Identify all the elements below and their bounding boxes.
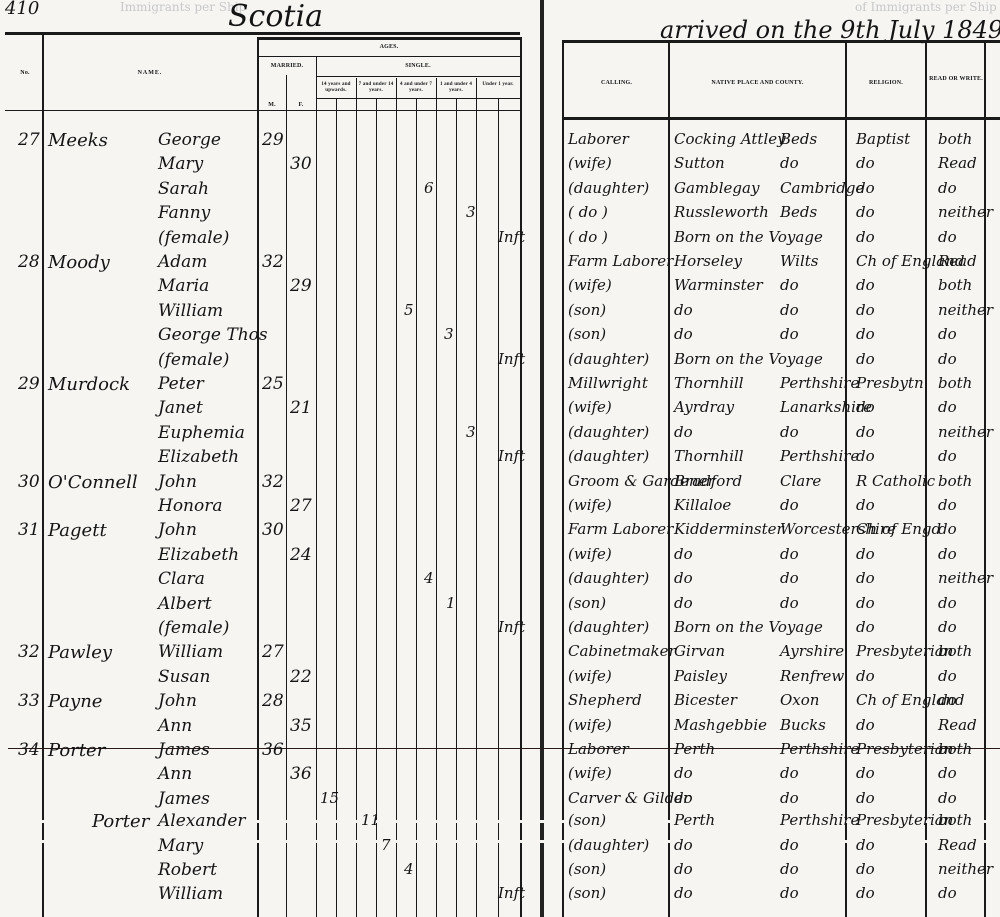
cell-religion: do xyxy=(856,449,875,464)
cell-county: Cambridge xyxy=(780,181,864,196)
cell-read-write: do xyxy=(938,669,957,684)
cell-given: Albert xyxy=(158,596,212,613)
cell-place: Horseley xyxy=(674,254,742,269)
cell-place: do xyxy=(674,547,693,562)
cell-read-write: do xyxy=(938,547,957,562)
cell-county: do xyxy=(780,791,799,806)
cell-no: 33 xyxy=(18,693,40,710)
cell-married-f: 29 xyxy=(290,278,312,295)
married-single-rule xyxy=(316,56,317,917)
cell-place: Paisley xyxy=(674,669,727,684)
cell-given: John xyxy=(158,474,197,491)
cell-given: Adam xyxy=(158,254,207,271)
header-name: NAME. xyxy=(110,70,190,77)
cell-county: Renfrew xyxy=(780,669,844,684)
cell-place: do xyxy=(674,766,693,781)
cell-read-write: neither xyxy=(938,571,993,586)
cell-county: Perthshire xyxy=(780,449,859,464)
cell-place: do xyxy=(674,425,693,440)
cell-calling: (daughter) xyxy=(568,449,649,464)
cell-surname: Moody xyxy=(48,254,110,272)
cell-religion: Ch of Engd xyxy=(856,522,941,537)
cell-religion: R Catholic xyxy=(856,474,935,489)
cell-county: Beds xyxy=(780,205,817,220)
cell-given: Mary xyxy=(158,838,203,855)
cell-married-f: 27 xyxy=(290,498,312,515)
cell-religion: do xyxy=(856,205,875,220)
cell-calling: Cabinetmaker xyxy=(568,644,676,659)
col-rule xyxy=(376,98,377,917)
cell-county: do xyxy=(780,571,799,586)
cell-married-f: 30 xyxy=(290,156,312,173)
row-rule xyxy=(258,56,520,57)
cell-calling: (daughter) xyxy=(568,181,649,196)
cell-surname: Murdock xyxy=(48,376,130,394)
cell-place: Born on the Voyage xyxy=(674,230,823,245)
cell-calling: (wife) xyxy=(568,669,612,684)
cell-read-write: do xyxy=(938,596,957,611)
header-native-place: NATIVE PLACE AND COUNTY. xyxy=(670,80,845,87)
cell-read-write: both xyxy=(938,742,972,757)
cell-married-m: 29 xyxy=(262,132,284,149)
cell-county: do xyxy=(780,547,799,562)
cell-given: (female) xyxy=(158,352,229,369)
cell-calling: Laborer xyxy=(568,742,629,757)
cell-religion: do xyxy=(856,498,875,513)
cell-given: George Thos xyxy=(158,327,268,344)
cell-place: Girvan xyxy=(674,644,725,659)
cell-place: Bicester xyxy=(674,693,737,708)
cell-religion: do xyxy=(856,303,875,318)
cell-place: Thornhill xyxy=(674,376,744,391)
header-age-group: 1 and under 4 years. xyxy=(436,82,476,94)
cell-calling: (wife) xyxy=(568,156,612,171)
cell-religion: do xyxy=(856,156,875,171)
cell-county: do xyxy=(780,862,799,877)
cell-given: James xyxy=(158,791,210,808)
cell-read-write: both xyxy=(938,813,972,828)
cell-place: Sutton xyxy=(674,156,725,171)
cell-place: Mashgebbie xyxy=(674,718,767,733)
cell-read-write: do xyxy=(938,693,957,708)
right-top-rule xyxy=(562,40,1000,43)
cell-county: do xyxy=(780,766,799,781)
cell-read-write: do xyxy=(938,327,957,342)
cell-religion: do xyxy=(856,425,875,440)
cell-calling: (daughter) xyxy=(568,838,649,853)
cell-place: do xyxy=(674,862,693,877)
cell-religion: do xyxy=(856,230,875,245)
header-age-group: 4 and under 7 years. xyxy=(396,82,436,94)
cell-calling: (son) xyxy=(568,596,606,611)
cell-religion: do xyxy=(856,862,875,877)
cell-given: Elizabeth xyxy=(158,547,239,564)
col-rule xyxy=(456,98,457,917)
cell-calling: Shepherd xyxy=(568,693,642,708)
cell-county: Ayrshire xyxy=(780,644,844,659)
header-religion: RELIGION. xyxy=(847,80,925,87)
cell-place: Warminster xyxy=(674,278,763,293)
cell-county: do xyxy=(780,498,799,513)
cell-surname: Meeks xyxy=(48,132,108,150)
col-rule xyxy=(396,78,397,917)
cell-read-write: do xyxy=(938,886,957,901)
cell-single: 4 xyxy=(424,571,434,586)
ages-top-rule xyxy=(258,37,520,40)
cell-given: Clara xyxy=(158,571,205,588)
cell-place: Ayrdray xyxy=(674,400,734,415)
cell-given: Ann xyxy=(158,766,192,783)
cell-married-f: 22 xyxy=(290,669,312,686)
cell-read-write: neither xyxy=(938,303,993,318)
header-married: MARRIED. xyxy=(258,63,316,70)
cell-married-f: 21 xyxy=(290,400,312,417)
header-single: SINGLE. xyxy=(316,63,520,70)
col-rule xyxy=(476,78,477,917)
cell-religion: do xyxy=(856,181,875,196)
cell-single: 11 xyxy=(361,813,380,828)
cell-place: do xyxy=(674,596,693,611)
cell-married-m: 36 xyxy=(262,742,284,759)
cell-calling: (daughter) xyxy=(568,620,649,635)
cell-county: do xyxy=(780,886,799,901)
cell-no: 30 xyxy=(18,474,40,491)
cell-single: Inft xyxy=(498,230,525,245)
cell-read-write: Read xyxy=(938,718,977,733)
scan-gap xyxy=(0,840,1000,843)
cell-surname: Porter xyxy=(48,742,105,760)
cell-married-m: 30 xyxy=(262,522,284,539)
cell-surname: Pagett xyxy=(48,522,107,540)
cell-calling: (son) xyxy=(568,327,606,342)
cell-religion: do xyxy=(856,571,875,586)
cell-place: Born on the Voyage xyxy=(674,620,823,635)
cell-given: John xyxy=(158,522,197,539)
cell-surname: Porter xyxy=(92,813,149,831)
header-married-m: M. xyxy=(258,102,286,109)
cell-calling: (son) xyxy=(568,862,606,877)
cell-given: Maria xyxy=(158,278,209,295)
cell-place: Perth xyxy=(674,742,715,757)
left-top-rule xyxy=(5,32,520,35)
cell-given: James xyxy=(158,742,210,759)
cell-calling: (wife) xyxy=(568,498,612,513)
cell-read-write: both xyxy=(938,376,972,391)
header-read-write: READ OR WRITE. xyxy=(928,76,984,83)
cell-surname: Pawley xyxy=(48,644,112,662)
cell-single: 1 xyxy=(446,596,456,611)
cell-given: Ann xyxy=(158,718,192,735)
cell-place: Born on the Voyage xyxy=(674,352,823,367)
married-mf-rule xyxy=(286,75,287,917)
cell-given: Janet xyxy=(158,400,203,417)
cell-single: 3 xyxy=(444,327,454,342)
header-ages: AGES. xyxy=(258,44,520,51)
row-rule xyxy=(316,76,520,77)
cell-county: do xyxy=(780,278,799,293)
cell-given: John xyxy=(158,693,197,710)
cell-religion: do xyxy=(856,766,875,781)
cell-religion: do xyxy=(856,327,875,342)
cell-county: Oxon xyxy=(780,693,819,708)
cell-religion: Presbytn xyxy=(856,376,924,391)
cell-religion: do xyxy=(856,596,875,611)
cell-religion: do xyxy=(856,278,875,293)
cell-read-write: do xyxy=(938,791,957,806)
cell-religion: do xyxy=(856,620,875,635)
cell-given: William xyxy=(158,886,223,903)
cell-calling: (son) xyxy=(568,813,606,828)
page-number: 410 xyxy=(5,0,39,18)
left-header-bottom-rule xyxy=(5,110,520,111)
cell-county: do xyxy=(780,303,799,318)
col-rule xyxy=(562,40,564,917)
cell-read-write: neither xyxy=(938,862,993,877)
cell-married-m: 32 xyxy=(262,474,284,491)
cell-religion: do xyxy=(856,669,875,684)
cell-given: Mary xyxy=(158,156,203,173)
header-calling: CALLING. xyxy=(565,80,668,87)
cell-given: Fanny xyxy=(158,205,210,222)
cell-read-write: do xyxy=(938,522,957,537)
cell-religion: do xyxy=(856,791,875,806)
cell-single: Inft xyxy=(498,886,525,901)
cell-read-write: both xyxy=(938,644,972,659)
col-rule xyxy=(436,78,437,917)
cell-place: do xyxy=(674,303,693,318)
cell-read-write: do xyxy=(938,766,957,781)
cell-read-write: do xyxy=(938,449,957,464)
cell-read-write: do xyxy=(938,181,957,196)
cell-county: do xyxy=(780,156,799,171)
cell-married-m: 32 xyxy=(262,254,284,271)
cell-religion: do xyxy=(856,718,875,733)
cell-married-m: 28 xyxy=(262,693,284,710)
cell-read-write: Read xyxy=(938,838,977,853)
cell-calling: (wife) xyxy=(568,547,612,562)
cell-county: Perthshire xyxy=(780,376,859,391)
cell-read-write: Read xyxy=(938,254,977,269)
cell-no: 34 xyxy=(18,742,40,759)
col-rule xyxy=(416,98,417,917)
cell-given: Susan xyxy=(158,669,210,686)
cell-read-write: Read xyxy=(938,156,977,171)
cell-no: 27 xyxy=(18,132,40,149)
cell-religion: do xyxy=(856,886,875,901)
header-age-group: Under 1 year. xyxy=(476,82,520,88)
cell-read-write: neither xyxy=(938,425,993,440)
cell-read-write: do xyxy=(938,230,957,245)
cell-read-write: do xyxy=(938,498,957,513)
ages-left-rule xyxy=(257,37,259,917)
cell-county: do xyxy=(780,596,799,611)
cell-religion: do xyxy=(856,547,875,562)
cell-calling: Carver & Gilder xyxy=(568,791,690,806)
cell-county: Beds xyxy=(780,132,817,147)
page-gutter xyxy=(540,0,544,917)
cell-calling: (daughter) xyxy=(568,425,649,440)
cell-calling: (daughter) xyxy=(568,571,649,586)
cell-county: Wilts xyxy=(780,254,818,269)
cell-county: Perthshire xyxy=(780,813,859,828)
cell-single: 7 xyxy=(381,838,391,853)
cell-calling: (wife) xyxy=(568,400,612,415)
cell-place: do xyxy=(674,886,693,901)
cell-no: 28 xyxy=(18,254,40,271)
cell-religion: do xyxy=(856,838,875,853)
cell-place: Cocking Attley xyxy=(674,132,786,147)
cell-given: Honora xyxy=(158,498,223,515)
cell-single: 15 xyxy=(320,791,339,806)
cell-single: 6 xyxy=(424,181,434,196)
cell-place: do xyxy=(674,327,693,342)
cell-given: William xyxy=(158,644,223,661)
header-no: No. xyxy=(10,70,40,77)
cell-married-f: 35 xyxy=(290,718,312,735)
cell-place: Killaloe xyxy=(674,498,731,513)
ages-right-rule xyxy=(520,37,522,917)
cell-read-write: both xyxy=(938,474,972,489)
cell-county: do xyxy=(780,425,799,440)
col-rule xyxy=(356,78,357,917)
cell-county: do xyxy=(780,327,799,342)
cell-place: Gamblegay xyxy=(674,181,759,196)
cell-place: Russleworth xyxy=(674,205,769,220)
header-age-group: 14 years and upwards. xyxy=(316,82,356,94)
cell-given: (female) xyxy=(158,620,229,637)
cell-married-f: 36 xyxy=(290,766,312,783)
cell-calling: (wife) xyxy=(568,718,612,733)
cell-county: do xyxy=(780,838,799,853)
arrival-note: arrived on the 9th July 1849. xyxy=(660,18,1000,42)
cell-place: do xyxy=(674,838,693,853)
cell-calling: (son) xyxy=(568,886,606,901)
cell-county: Clare xyxy=(780,474,821,489)
header-age-group: 7 and under 14 years. xyxy=(356,82,396,94)
cell-place: Kidderminster xyxy=(674,522,784,537)
cell-given: William xyxy=(158,303,223,320)
cell-married-m: 25 xyxy=(262,376,284,393)
cell-religion: do xyxy=(856,352,875,367)
cell-given: (female) xyxy=(158,230,229,247)
cell-place: do xyxy=(674,791,693,806)
cell-calling: Laborer xyxy=(568,132,629,147)
cell-calling: Farm Laborer xyxy=(568,254,673,269)
cell-single: Inft xyxy=(498,620,525,635)
cell-place: Thornhill xyxy=(674,449,744,464)
cell-given: Peter xyxy=(158,376,204,393)
cell-read-write: both xyxy=(938,278,972,293)
col-rule xyxy=(984,40,986,917)
cell-calling: Farm Laborer xyxy=(568,522,673,537)
cell-place: do xyxy=(674,571,693,586)
printed-heading-right: of Immigrants per Ship xyxy=(855,0,997,14)
cell-married-m: 27 xyxy=(262,644,284,661)
cell-place: Perth xyxy=(674,813,715,828)
cell-married-f: 24 xyxy=(290,547,312,564)
cell-calling: ( do ) xyxy=(568,230,608,245)
cell-single: 4 xyxy=(404,862,414,877)
cell-single: 3 xyxy=(466,425,476,440)
row-rule xyxy=(316,98,520,99)
cell-given: Robert xyxy=(158,862,217,879)
cell-given: George xyxy=(158,132,221,149)
cell-read-write: neither xyxy=(938,205,993,220)
cell-given: Alexander xyxy=(158,813,246,830)
cell-no: 31 xyxy=(18,522,40,539)
col-rule xyxy=(845,40,847,917)
col-rule xyxy=(498,98,499,917)
cell-religion: do xyxy=(856,400,875,415)
cell-calling: Millwright xyxy=(568,376,648,391)
cell-calling: (wife) xyxy=(568,278,612,293)
cell-single: Inft xyxy=(498,449,525,464)
cell-given: Euphemia xyxy=(158,425,245,442)
cell-given: Elizabeth xyxy=(158,449,239,466)
cell-read-write: both xyxy=(938,132,972,147)
cell-single: 3 xyxy=(466,205,476,220)
cell-religion: Baptist xyxy=(856,132,910,147)
cell-calling: ( do ) xyxy=(568,205,608,220)
cell-surname: Payne xyxy=(48,693,102,711)
cell-calling: (daughter) xyxy=(568,352,649,367)
cell-read-write: do xyxy=(938,352,957,367)
no-column-rule xyxy=(42,32,44,917)
right-header-bottom-rule xyxy=(562,117,1000,120)
cell-county: Bucks xyxy=(780,718,826,733)
cell-no: 32 xyxy=(18,644,40,661)
cell-no: 29 xyxy=(18,376,40,393)
cell-place: Bradford xyxy=(674,474,742,489)
cell-county: Perthshire xyxy=(780,742,859,757)
cell-surname: O'Connell xyxy=(48,474,138,492)
cell-calling: (son) xyxy=(568,303,606,318)
cell-single: 5 xyxy=(404,303,414,318)
ship-name: Scotia xyxy=(228,2,323,32)
cell-read-write: do xyxy=(938,400,957,415)
cell-single: Inft xyxy=(498,352,525,367)
cell-calling: (wife) xyxy=(568,766,612,781)
cell-read-write: do xyxy=(938,620,957,635)
cell-given: Sarah xyxy=(158,181,209,198)
header-married-f: F. xyxy=(286,102,316,109)
